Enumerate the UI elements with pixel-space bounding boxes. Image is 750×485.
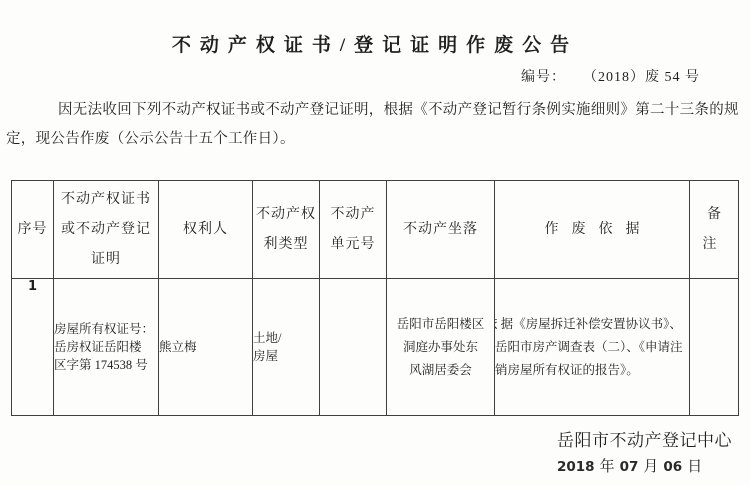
document-page: 不动产权证书/登记证明作废公告 编号：（2018）废 54 号 因无法收回下列不… xyxy=(0,0,750,485)
intro-paragraph: 因无法收回下列不动产权证书或不动产登记证明，根据《不动产登记暂行条例实施细则》第… xyxy=(6,96,746,154)
cell-certificate: 房屋所有权证号： 岳房权证岳阳楼 区字第 174538 号 xyxy=(54,279,159,416)
issue-date-year-unit: 年 xyxy=(600,459,615,475)
intro-line-2: 定，现公告作废（公示公告十五个工作日）。 xyxy=(6,125,746,154)
announcement-table: 序号 不动产权证书 或不动产登记 证明 权利人 不动产权 利类型 不动产 单元号… xyxy=(11,180,739,416)
table-row: 1 房屋所有权证号： 岳房权证岳阳楼 区字第 174538 号 熊立梅 土地/ … xyxy=(12,279,739,416)
doc-number: 编号：（2018）废 54 号 xyxy=(521,66,700,86)
column-header-basis: 作废依据 xyxy=(495,181,690,279)
doc-number-label: 编号： xyxy=(521,70,566,85)
doc-number-value: （2018）废 54 号 xyxy=(590,70,700,85)
column-header-certificate: 不动产权证书 或不动产登记 证明 xyxy=(54,181,159,279)
column-header-unit-no: 不动产 单元号 xyxy=(320,181,387,279)
column-header-seq: 序号 xyxy=(12,181,54,279)
column-header-location: 不动产坐落 xyxy=(387,181,495,279)
cell-basis: 依 据《房屋拆迁补偿安置协议书》、 岳阳市房产调查表（二）、《申请注 销房屋所有… xyxy=(495,279,690,416)
issue-date-year: 2018 xyxy=(557,459,595,475)
column-header-holder: 权利人 xyxy=(159,181,253,279)
issue-date-month: 07 xyxy=(620,459,639,475)
cell-holder: 熊立梅 xyxy=(159,279,253,416)
cell-right-type: 土地/ 房屋 xyxy=(253,279,320,416)
cell-seq: 1 xyxy=(12,279,54,416)
issue-date-day-unit: 日 xyxy=(687,459,702,475)
issue-date-day: 06 xyxy=(663,459,682,475)
column-header-right-type: 不动产权 利类型 xyxy=(253,181,320,279)
page-title: 不动产权证书/登记证明作废公告 xyxy=(0,30,750,57)
issue-date: 2018年07月06日 xyxy=(557,455,707,476)
cell-remark xyxy=(690,279,739,416)
cell-location: 岳阳市岳阳楼区 洞庭办事处东 风湖居委会 xyxy=(387,279,495,416)
announcement-table-wrap: 序号 不动产权证书 或不动产登记 证明 权利人 不动产权 利类型 不动产 单元号… xyxy=(11,180,739,416)
column-header-remark: 备注 xyxy=(690,181,739,279)
issuer-name: 岳阳市不动产登记中心 xyxy=(557,426,732,451)
intro-line-1: 因无法收回下列不动产权证书或不动产登记证明，根据《不动产登记暂行条例实施细则》第… xyxy=(6,96,746,125)
issue-date-month-unit: 月 xyxy=(643,459,658,475)
cell-unit-no xyxy=(320,279,387,416)
table-header-row: 序号 不动产权证书 或不动产登记 证明 权利人 不动产权 利类型 不动产 单元号… xyxy=(12,181,739,279)
